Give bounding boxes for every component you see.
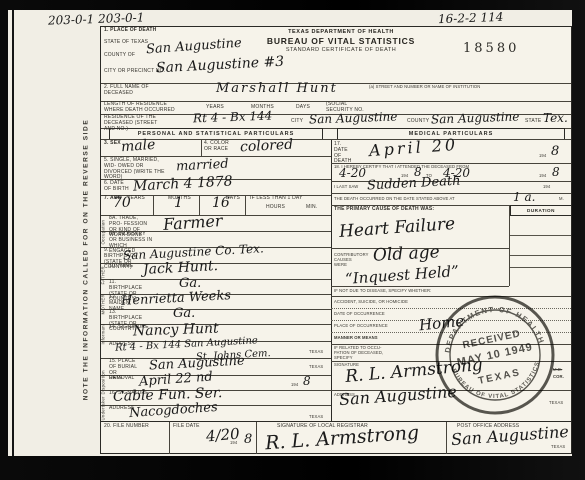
- file-number-cell: 20. FILE NUMBER: [101, 422, 169, 454]
- file-year-value: 8: [244, 432, 252, 447]
- full-name-value: Marshall Hunt: [216, 81, 338, 96]
- certificate-title: STANDARD CERTIFICATE OF DEATH: [221, 47, 461, 53]
- dod-value: April 20: [368, 135, 458, 160]
- place-of-death-label: 1. PLACE OF DEATH: [104, 28, 156, 34]
- form-title: TEXAS DEPARTMENT OF HEALTH BUREAU OF VIT…: [221, 29, 461, 53]
- age-less-cell: IF LESS THAN 1 DAY HOURS MIN.: [245, 195, 332, 215]
- age-years-value: 70: [113, 195, 131, 211]
- file-date-cell: FILE DATE 4/20 194 8: [169, 422, 257, 454]
- received-stamp: DEPARTMENT OF HEALTH BUREAU OF VITAL STA…: [420, 280, 569, 429]
- full-name-label: 2. FULL NAME OF DECEASED: [104, 85, 149, 97]
- color-label: 4. COLOR OR RACE: [204, 141, 234, 153]
- place-occurrence-label: PLACE OF OCCURRENCE: [334, 323, 388, 328]
- residence-row: RESIDENCE OF THE DECEASED (STREET AND NO…: [101, 114, 571, 129]
- annotation-top-right: 16-2-2 114: [438, 10, 504, 26]
- not-disease-label: IF NOT DUE TO DISEASE, SPECIFY WHETHER:: [334, 288, 431, 293]
- side-disposition-label: Disposition: [101, 370, 106, 394]
- accident-label: ACCIDENT, SUICIDE, OR HOMICIDE: [334, 299, 408, 304]
- contributory-value: Old age: [373, 242, 441, 265]
- scan-background: NOTE THE INFORMATION CALLED FOR ON THE R…: [0, 0, 585, 480]
- duration-line: [510, 267, 571, 268]
- header-block: 1. PLACE OF DEATH STATE OF TEXAS COUNTY …: [101, 27, 571, 84]
- side-father-label: FATHER: [101, 266, 106, 284]
- duration-header: DURATION: [510, 205, 571, 216]
- occurred-label: THE DEATH OCCURRED ON THE DATE STATED AB…: [334, 196, 455, 201]
- age-months-value: 1: [174, 195, 183, 211]
- side-occupation-label: Occupation: [101, 220, 106, 245]
- state-label: STATE OF TEXAS: [104, 40, 148, 46]
- personal-column: 3. SEX male 4. COLOR OR RACE colored 5. …: [101, 139, 332, 422]
- sex-color-row: 3. SEX male 4. COLOR OR RACE colored: [101, 140, 331, 157]
- file-date-value: 4/20: [205, 425, 240, 446]
- burial-state: TEXAS: [309, 364, 323, 369]
- page-fold-line: [12, 10, 14, 456]
- trade-row: 8A. TRADE, PRO- FESSION OR KIND OF WORK …: [101, 215, 331, 232]
- undertaker-address-row: ADDRESS Nacogdoches TEXAS: [101, 405, 331, 422]
- duration-line: [510, 255, 571, 256]
- county-value: San Augustine: [146, 36, 243, 58]
- to-year-printed: 194: [539, 173, 546, 178]
- cause-label: THE PRIMARY CAUSE OF DEATH WAS:: [334, 207, 434, 213]
- age-less-label: IF LESS THAN 1 DAY: [250, 196, 303, 202]
- residence-state: Tex.: [543, 111, 568, 125]
- certify-from: 4-20: [339, 166, 366, 180]
- dob-row: 6. DATE OF BIRTH March 4 1878: [101, 179, 331, 196]
- father-name-value: Jack Hunt.: [143, 258, 219, 278]
- margin-note: NOTE THE INFORMATION CALLED FOR ON THE R…: [83, 110, 90, 410]
- related-label: IF RELATED TO OCCU- PATION OF DECEASED, …: [334, 345, 394, 360]
- marital-value: married: [176, 157, 229, 175]
- file-number-label: 20. FILE NUMBER: [104, 424, 149, 430]
- side-undertaker-label: Undertaker: [101, 396, 106, 420]
- contributory-area: CONTRIBUTORY CAUSES WERE Old age “Inques…: [331, 248, 509, 287]
- lastsaw-label: I LAST SAW: [334, 184, 358, 189]
- side-mother-label: MOTHER: [101, 294, 106, 314]
- color-cell: 4. COLOR OR RACE colored: [201, 140, 332, 156]
- maiden-row: 12. MAIDEN NAME Henrietta Weeks: [101, 294, 331, 310]
- contributory-label: CONTRIBUTORY CAUSES WERE: [334, 252, 366, 267]
- burial-year-value: 8: [303, 374, 311, 388]
- dod-year-value: 8: [551, 144, 559, 159]
- stamp-state: TEXAS: [477, 367, 522, 387]
- bureau-title: BUREAU OF VITAL STATISTICS: [221, 36, 461, 46]
- burial-date-label: DATE: [109, 376, 123, 382]
- manner-label: MANNER OR MEANS: [334, 335, 378, 340]
- residence-state-label: STATE: [525, 119, 541, 125]
- age-days-value: 16: [212, 195, 230, 211]
- registration-band: 20. FILE NUMBER FILE DATE 4/20 194 8 SIG…: [101, 421, 571, 454]
- dod-label: 17. DATE OF DEATH: [334, 142, 356, 165]
- residence-city: San Augustine: [309, 109, 398, 126]
- occurred-time-value: 1 a.: [513, 190, 535, 204]
- undertaker-address-state: TEXAS: [309, 414, 323, 419]
- age-hours-label: HOURS: [266, 205, 285, 211]
- date-occurrence-label: DATE OF OCCURRENCE: [334, 311, 385, 316]
- county-label: COUNTY OF: [104, 53, 135, 59]
- side-informant-label: Informant: [101, 324, 106, 345]
- informant-value: Nancy Hunt: [133, 321, 219, 340]
- days-label: DAYS: [296, 105, 310, 111]
- file-date-label: FILE DATE: [173, 424, 200, 430]
- dob-label: 6. DATE OF BIRTH: [104, 181, 129, 193]
- street-or-institution-label: (a) STREET AND NUMBER OR NAME OF INSTITU…: [369, 84, 480, 89]
- primary-cause-value: Heart Failure: [338, 214, 455, 242]
- death-certificate-page: NOTE THE INFORMATION CALLED FOR ON THE R…: [8, 10, 572, 456]
- occurred-m-label: M.: [559, 196, 564, 201]
- sex-value: male: [120, 137, 155, 155]
- lastsaw-year-printed: 194: [543, 184, 550, 189]
- residence-county: San Augustine: [431, 109, 520, 126]
- birthplace11-value: Ga.: [179, 276, 201, 291]
- duration-column: DURATION: [509, 205, 571, 286]
- age-min-label: MIN.: [306, 205, 317, 211]
- dept-title: TEXAS DEPARTMENT OF HEALTH: [221, 29, 461, 35]
- full-name-row: 2. FULL NAME OF DECEASED Marshall Hunt (…: [101, 83, 571, 102]
- father-name-label: 10. NAME: [109, 264, 133, 270]
- sex-label: 3. SEX: [104, 141, 121, 147]
- residence-city-label: CITY: [291, 119, 303, 125]
- residence-street: Rt 4 - Bx 144: [193, 109, 273, 126]
- burial-row: 15. PLACE OF BURIAL OR REMOVAL San Augus…: [101, 358, 331, 376]
- birthplace13-value: Ga.: [173, 306, 195, 321]
- residence-county-label: COUNTY: [407, 119, 429, 125]
- certificate-number: 18580: [463, 41, 519, 56]
- po-address-cell: POST OFFICE ADDRESS San Augustine TEXAS: [446, 422, 572, 454]
- po-address-state: TEXAS: [551, 444, 565, 449]
- father-name-row: 10. NAME Jack Hunt.: [101, 263, 331, 280]
- burial-year-printed: 194: [291, 382, 298, 387]
- duration-line: [510, 235, 571, 236]
- city-value: San Augustine #3: [156, 54, 285, 77]
- color-value: colored: [240, 137, 294, 156]
- informant-address-state: TEXAS: [309, 349, 323, 354]
- length-residence-label: LENGTH OF RESIDENCE WHERE DEATH OCCURRED: [104, 102, 184, 114]
- date-of-death-row: 17. DATE OF DEATH April 20 194 8: [331, 140, 571, 164]
- registrar-signature-cell: SIGNATURE OF LOCAL REGISTRAR R. L. Armst…: [256, 422, 447, 454]
- to-year-value: 8: [552, 165, 560, 179]
- dod-year-printed: 194: [539, 153, 546, 158]
